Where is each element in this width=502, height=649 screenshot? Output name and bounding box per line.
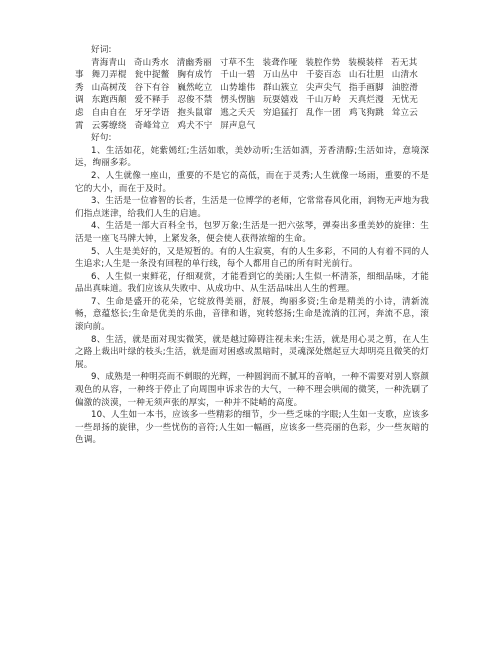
good-word: 谷下有谷	[135, 83, 170, 93]
sentence-paragraph: 1、生活如花，姹紫嫣红;生活如歌，美妙动听;生活如酒，芳香清醇;生活如诗，意境深…	[75, 145, 429, 170]
good-word: 寸草不生	[220, 58, 255, 68]
good-word: 乱作一团	[306, 108, 341, 118]
good-word: 山高树茂	[92, 83, 127, 93]
good-sentences-list: 1、生活如花，姹紫嫣红;生活如歌，美妙动听;生活如酒，芳香清醇;生活如诗，意境深…	[75, 145, 429, 447]
good-word: 玩耍嬉戏	[263, 95, 298, 105]
good-word: 抱头鼠窜	[177, 108, 212, 118]
sentence-paragraph: 10、人生如一本书，应该多一些精彩的细节，少一些乏味的字眼;人生如一支歌，应该多…	[75, 409, 429, 447]
sentence-paragraph: 8、生活，就是面对现实微笑，就是越过障碍注视未来;生活，就是用心灵之剪，在人生之…	[75, 334, 429, 372]
good-word: 鸡犬不宁	[177, 121, 212, 131]
good-word: 万山丛中	[263, 70, 298, 80]
sentence-paragraph: 5、人生是美好的，又是短暂的。有的人生寂寞，有的人生多彩，不同的人有着不同的人生…	[75, 246, 429, 271]
good-word: 千姿百态	[306, 70, 341, 80]
sentence-paragraph: 2、人生就像一座山，重要的不是它的高低，而在于灵秀;人生就像一场雨，重要的不是它…	[75, 170, 429, 195]
good-words-heading: 好词:	[75, 44, 429, 57]
good-words-list: 青海青山 奇山秀水 清幽秀丽 寸草不生 装聋作哑 装腔作势 装模装样 若无其事 …	[75, 57, 429, 133]
good-word: 忍俊不禁	[177, 95, 212, 105]
sentence-paragraph: 7、生命是盛开的花朵，它绽放得美丽，舒展，绚丽多资;生命是精美的小诗，清新流畅，…	[75, 296, 429, 334]
good-word: 千山万岭	[306, 95, 341, 105]
good-word: 巍然屹立	[177, 83, 212, 93]
good-word: 屏声息气	[220, 121, 255, 131]
good-word: 青海青山	[91, 58, 126, 68]
good-word: 愣头愣脑	[220, 95, 255, 105]
good-word: 瓮中捉鳖	[135, 70, 170, 80]
document-page: 好词: 青海青山 奇山秀水 清幽秀丽 寸草不生 装聋作哑 装腔作势 装模装样 若…	[75, 44, 429, 447]
good-word: 逃之夭夭	[220, 108, 255, 118]
good-word: 清幽秀丽	[177, 58, 212, 68]
good-word: 千山一碧	[220, 70, 255, 80]
good-word: 牙牙学语	[135, 108, 170, 118]
good-word: 爱不释手	[135, 95, 170, 105]
good-word: 装聋作哑	[263, 58, 298, 68]
good-word: 奇山秀水	[134, 58, 169, 68]
good-word: 胸有成竹	[177, 70, 212, 80]
good-word: 尖声尖气	[306, 83, 341, 93]
good-word: 群山簇立	[263, 83, 298, 93]
good-word: 鸡飞狗跳	[349, 108, 384, 118]
good-word: 装腔作势	[305, 58, 340, 68]
good-word: 自由自在	[92, 108, 127, 118]
sentence-paragraph: 4、生活是一部大百科全书，包罗万象;生活是一把六弦琴，弹奏出多重美妙的旋律：生活…	[75, 220, 429, 245]
good-sentences-heading: 好句:	[75, 132, 429, 145]
good-word: 舞刀弄棍	[92, 70, 127, 80]
good-word: 山石壮胆	[349, 70, 384, 80]
good-word: 山势雄伟	[220, 83, 255, 93]
good-word: 奇峰耸立	[135, 121, 170, 131]
good-word: 云雾缭绕	[92, 121, 127, 131]
sentence-paragraph: 9、成熟是一种明亮而不刺眼的光辉，一种圆润而不腻耳的音响，一种不需要对别人察颜观…	[75, 371, 429, 409]
sentence-paragraph: 6、人生似一束鲜花，仔细观赏，才能看到它的美丽;人生似一杯清茶，细细品味，才能品…	[75, 271, 429, 296]
good-word: 指手画脚	[349, 83, 384, 93]
good-word: 装模装样	[348, 58, 383, 68]
good-word: 天真烂漫	[349, 95, 384, 105]
good-word: 穷追猛打	[263, 108, 298, 118]
good-word: 东跑西颠	[92, 95, 127, 105]
sentence-paragraph: 3、生活是一位睿智的长者，生活是一位博学的老师，它常常春风化雨，润物无声地为我们…	[75, 195, 429, 220]
